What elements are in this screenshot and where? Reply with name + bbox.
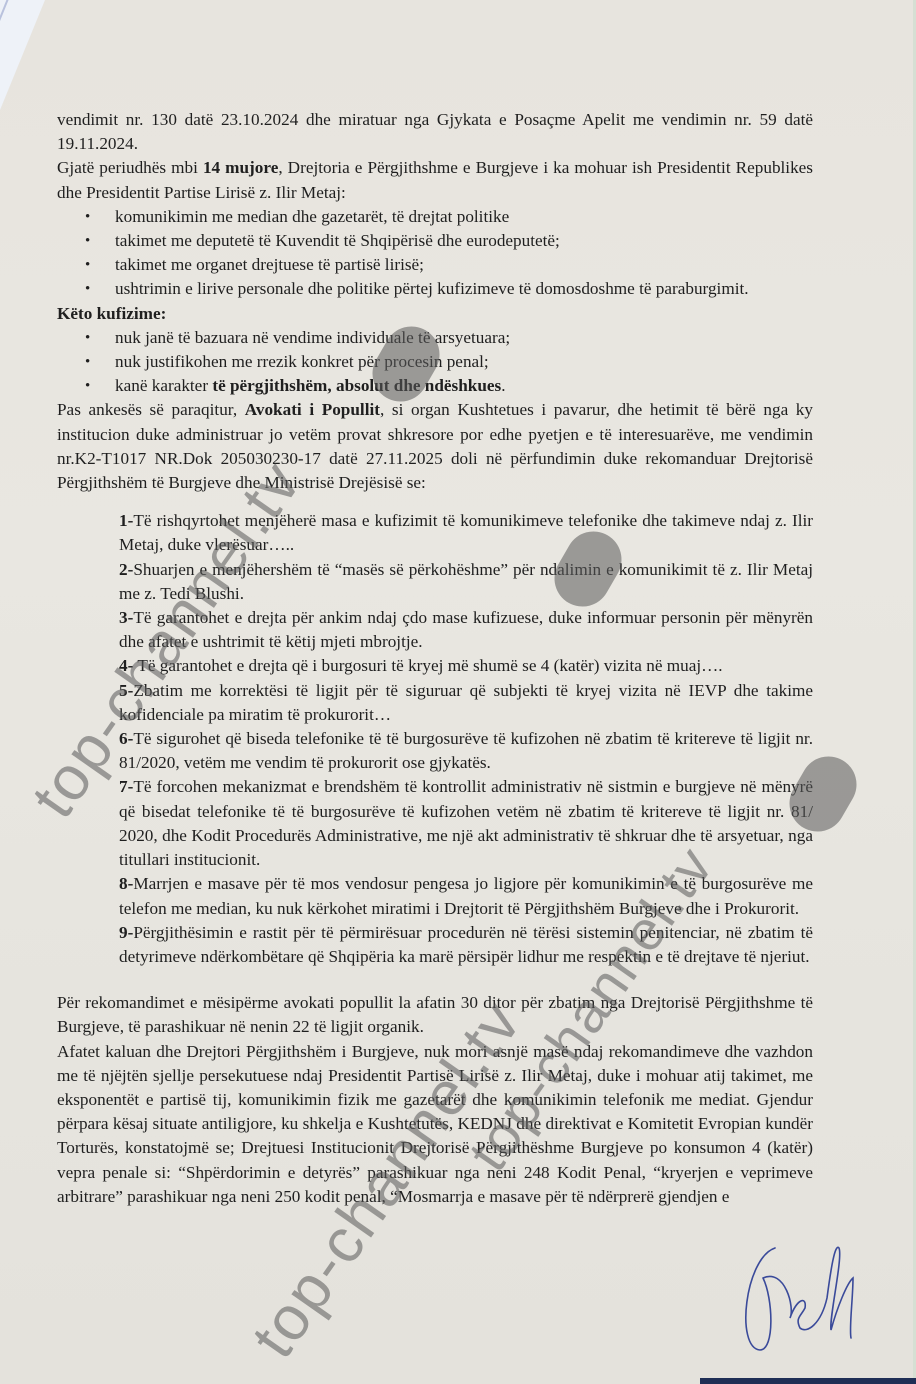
recommendation-text: Marrjen e masave për të mos vendosur pen… <box>119 874 813 917</box>
paragraph-ombudsman: Pas ankesës së paraqitur, Avokati i Popu… <box>57 398 813 495</box>
recommendation-item: 8-Marrjen e masave për të mos vendosur p… <box>119 872 813 920</box>
recommendation-number: 8- <box>119 874 133 893</box>
list-item: nuk justifikohen me rrezik konkret për p… <box>115 350 813 374</box>
paragraph-violations: Afatet kaluan dhe Drejtori Përgjithshëm … <box>57 1040 813 1209</box>
recommendation-text: Shuarjen e menjëhershëm të “masës së për… <box>119 560 813 603</box>
recommendation-text: Të forcohen mekanizmat e brendshëm të ko… <box>119 777 813 869</box>
list-item: komunikimin me median dhe gazetarët, të … <box>115 205 813 229</box>
recommendation-number: 7- <box>119 777 133 796</box>
page-corner-fold <box>0 0 45 110</box>
recommendation-number: 3- <box>119 608 133 627</box>
recommendation-item: 7-Të forcohen mekanizmat e brendshëm të … <box>119 775 813 872</box>
recommendation-item: 3-Të garantohet e drejta për ankim ndaj … <box>119 606 813 654</box>
recommendation-number: 9- <box>119 923 133 942</box>
recommendation-item: 5-Zbatim me korrektësi të ligjit për të … <box>119 679 813 727</box>
list-item: kanë karakter të përgjithshëm, absolut d… <box>115 374 813 398</box>
intro-paragraph: vendimit nr. 130 datë 23.10.2024 dhe mir… <box>57 108 813 156</box>
recommendation-number: 6- <box>119 729 133 748</box>
denied-rights-list: komunikimin me median dhe gazetarët, të … <box>57 205 813 302</box>
recommendation-text: Të garantohet e drejta për ankim ndaj çd… <box>119 608 813 651</box>
recommendation-item: 1-Të rishqyrtohet menjëherë masa e kufiz… <box>119 509 813 557</box>
recommendation-text: Të garantohet e drejta që i burgosuri të… <box>133 656 722 675</box>
recommendation-item: 6-Të sigurohet që biseda telefonike të t… <box>119 727 813 775</box>
document-page: vendimit nr. 130 datë 23.10.2024 dhe mir… <box>0 0 916 1384</box>
list-item: takimet me deputetë të Kuvendit të Shqip… <box>115 229 813 253</box>
recommendation-text: Të sigurohet që biseda telefonike të të … <box>119 729 813 772</box>
restrictions-list: nuk janë të bazuara në vendime individua… <box>57 326 813 399</box>
recommendation-item: 9-Përgjithësimin e rastit për të përmirë… <box>119 921 813 969</box>
paragraph-deadline: Për rekomandimet e mësipërme avokati pop… <box>57 991 813 1039</box>
list-item: nuk janë të bazuara në vendime individua… <box>115 326 813 350</box>
table-surface-edge <box>700 1378 916 1384</box>
recommendation-number: 5- <box>119 681 133 700</box>
recommendation-number: 2- <box>119 560 133 579</box>
recommendation-text: Të rishqyrtohet menjëherë masa e kufizim… <box>119 511 813 554</box>
recommendation-number: 1- <box>119 511 133 530</box>
document-body: vendimit nr. 130 datë 23.10.2024 dhe mir… <box>57 108 813 1209</box>
signature <box>735 1238 885 1358</box>
restrictions-heading: Këto kufizime: <box>57 302 813 326</box>
recommendation-text: Përgjithësimin e rastit për të përmirësu… <box>119 923 813 966</box>
list-item: ushtrimin e lirive personale dhe politik… <box>115 277 813 301</box>
recommendation-item: 2-Shuarjen e menjëhershëm të “masës së p… <box>119 558 813 606</box>
recommendation-text: Zbatim me korrektësi të ligjit për të si… <box>119 681 813 724</box>
recommendation-item: 4- Të garantohet e drejta që i burgosuri… <box>119 654 813 678</box>
recommendations-list: 1-Të rishqyrtohet menjëherë masa e kufiz… <box>119 509 813 969</box>
list-item: takimet me organet drejtuese të partisë … <box>115 253 813 277</box>
recommendation-number: 4- <box>119 656 133 675</box>
paragraph-denials: Gjatë periudhës mbi 14 mujore, Drejtoria… <box>57 156 813 204</box>
